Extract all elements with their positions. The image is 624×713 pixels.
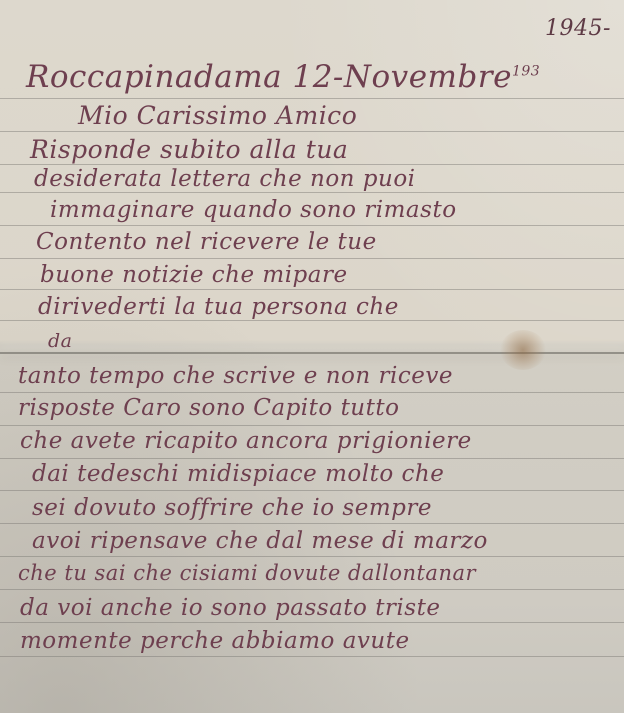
rule-line (0, 392, 624, 393)
letter-line: che tu sai che cisiami dovute dallontana… (18, 563, 476, 584)
letter-line: avoi ripensave che dal mese di marzo (32, 530, 488, 553)
rule-line (0, 458, 624, 459)
rule-line (0, 622, 624, 623)
rule-line (0, 164, 624, 165)
letter-line: Contento nel ricevere le tue (36, 231, 377, 254)
rule-line (0, 425, 624, 426)
rule-line (0, 523, 624, 524)
rule-line (0, 289, 624, 290)
letter-line: immaginare quando sono rimasto (50, 199, 457, 222)
ink-stain (500, 330, 546, 370)
letter-line: desiderata lettera che non puoi (34, 168, 416, 191)
place-date: Roccapinadama 12-Novembre (26, 59, 512, 95)
letter-line: dai tedeschi midispiace molto che (32, 463, 444, 486)
rule-line (0, 556, 624, 557)
letter-line: sei dovuto soffrire che io sempre (32, 497, 432, 520)
date-suffix: 193 (512, 64, 540, 80)
rule-line (0, 131, 624, 132)
letter-line: che avete ricapito ancora prigioniere (20, 430, 472, 453)
year-annotation: 1945- (545, 18, 611, 40)
letter-page: 1945- Roccapinadama 12-Novembre193 Mio C… (0, 0, 624, 713)
rule-line (0, 320, 624, 321)
letter-line: Risponde subito alla tua (30, 137, 348, 162)
rule-line (0, 656, 624, 657)
letter-line: dirivederti la tua persona che (38, 296, 399, 319)
rule-line (0, 589, 624, 590)
letter-line: risposte Caro sono Capito tutto (18, 397, 399, 420)
letter-line: da (48, 332, 73, 351)
rule-line (0, 225, 624, 226)
rule-line (0, 192, 624, 193)
letter-line: tanto tempo che scrive e non riceve (18, 365, 453, 388)
letter-line: da voi anche io sono passato triste (20, 597, 440, 620)
rule-line (0, 98, 624, 99)
salutation: Mio Carissimo Amico (78, 103, 357, 128)
place-date-heading: Roccapinadama 12-Novembre193 (26, 62, 540, 93)
rule-line (0, 490, 624, 491)
rule-line (0, 258, 624, 259)
letter-line: momente perche abbiamo avute (20, 630, 410, 653)
letter-line: buone notizie che mipare (40, 264, 348, 287)
